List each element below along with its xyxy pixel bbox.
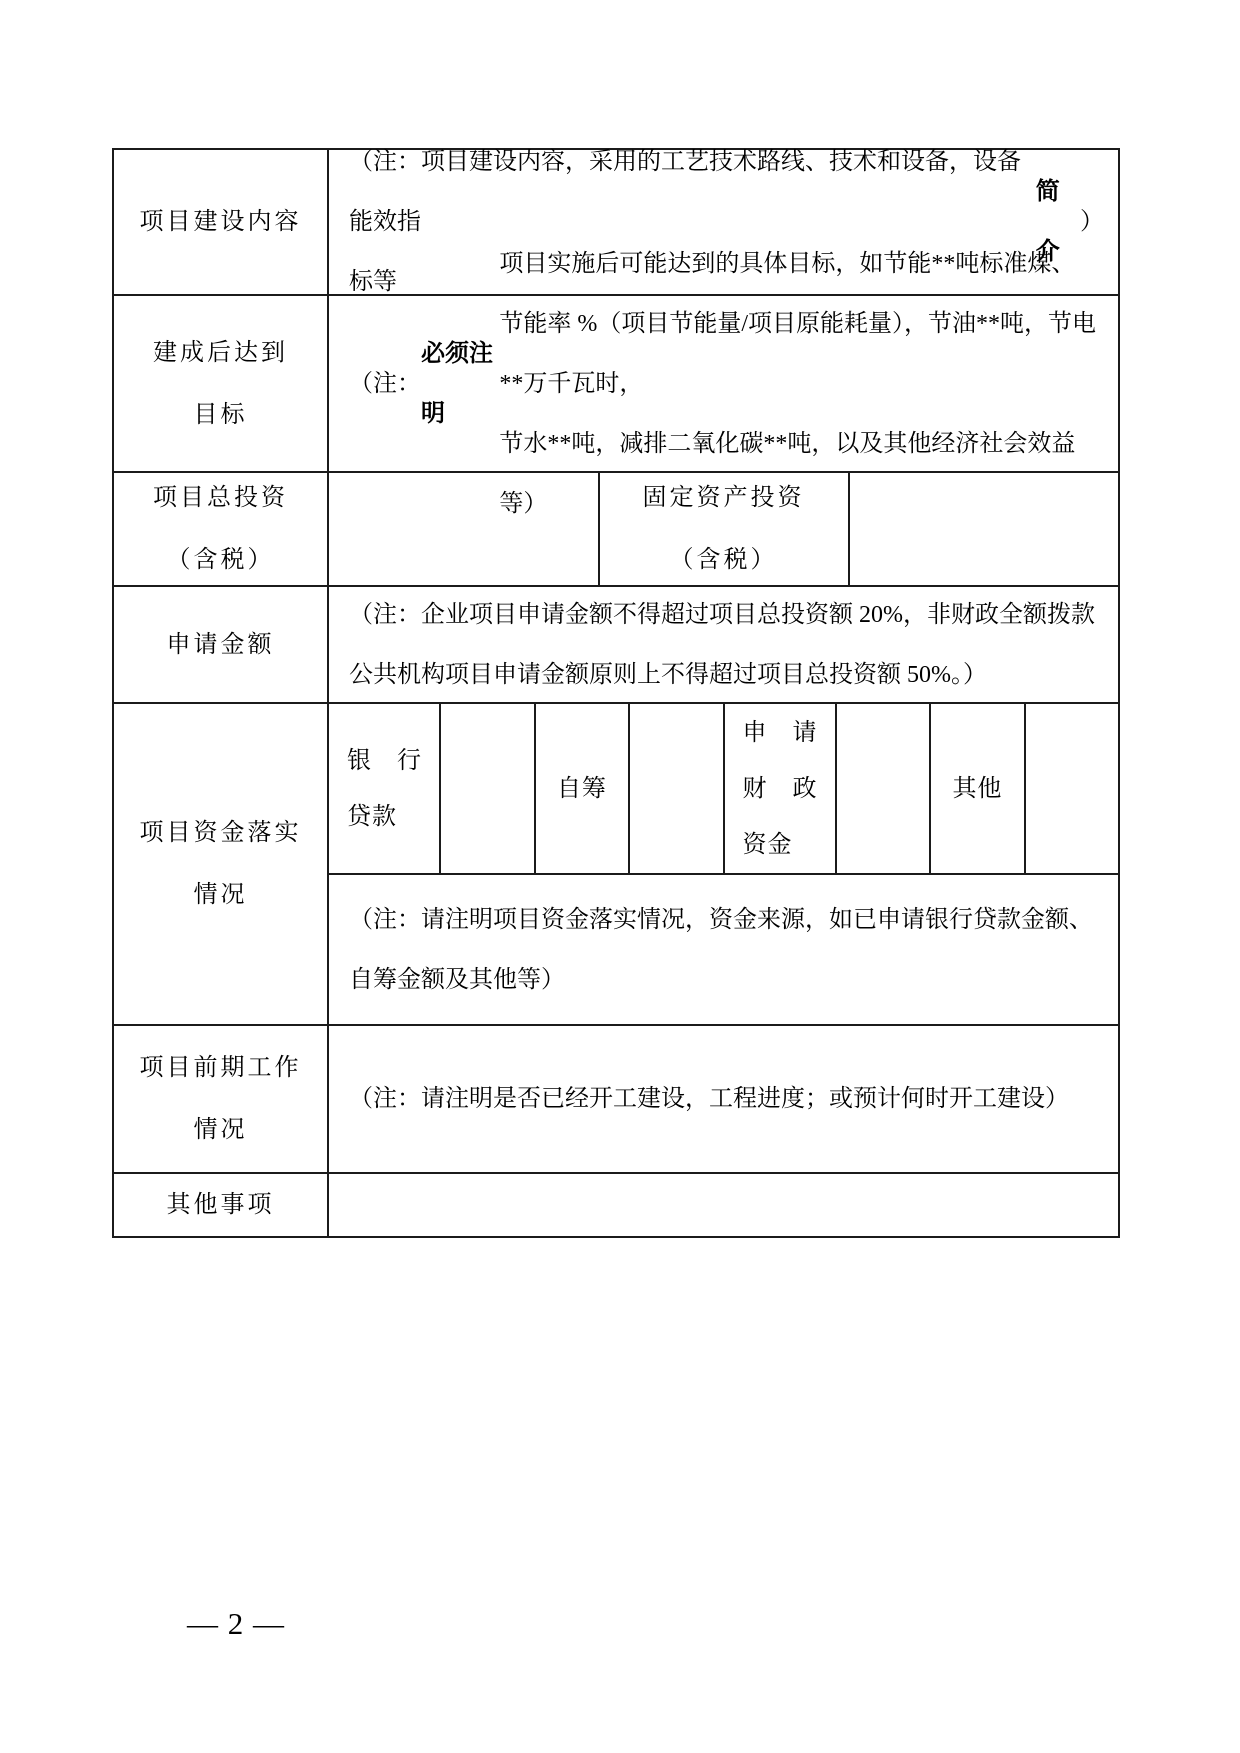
application-form-table: 项目建设内容 （注：项目建设内容，采用的工艺技术路线、技术和设备，设备能效指 标…: [112, 148, 1120, 1238]
row-funding-implementation: 项目资金落实 情况 银 行 贷款 自筹 申 请 财 政 资金 其他 （注：请注明…: [114, 702, 1118, 1024]
funding-implementation-content: 银 行 贷款 自筹 申 请 财 政 资金 其他 （注：请注明项目资金落实情况，资…: [329, 704, 1118, 1024]
total-investment-label: 项目总投资 （含税）: [114, 473, 329, 585]
note-bold-text: 必须注明: [421, 324, 499, 444]
note-text: （注：: [349, 354, 421, 414]
goals-after-completion-label: 建成后达到 目标: [114, 296, 329, 471]
row-preliminary-work: 项目前期工作 情况 （注：请注明是否已经开工建设，工程进度；或预计何时开工建设）: [114, 1024, 1118, 1172]
applied-fiscal-funds-label: 申 请 财 政 资金: [725, 704, 837, 873]
funding-sources-grid: 银 行 贷款 自筹 申 请 财 政 资金 其他: [329, 704, 1118, 875]
bank-loan-value-cell: [441, 704, 535, 873]
row-other-matters: 其他事项: [114, 1172, 1118, 1236]
applied-fiscal-funds-value-cell: [837, 704, 931, 873]
preliminary-work-label: 项目前期工作 情况: [114, 1026, 329, 1172]
other-matters-label: 其他事项: [114, 1174, 329, 1236]
self-raised-value-cell: [630, 704, 724, 873]
funding-implementation-note: （注：请注明项目资金落实情况，资金来源，如已申请银行贷款金额、 自筹金额及其他等…: [329, 875, 1118, 1024]
row-application-amount: 申请金额 （注：企业项目申请金额不得超过项目总投资额 20%，非财政全额拨款 公…: [114, 585, 1118, 702]
bank-loan-label: 银 行 贷款: [329, 704, 441, 873]
page-number: — 2 —: [178, 1606, 294, 1642]
fixed-asset-investment-value-cell: [850, 473, 1119, 585]
row-goals-after-completion: 建成后达到 目标 （注：必须注明项目实施后可能达到的具体目标，如节能**吨标准煤…: [114, 294, 1118, 471]
fixed-asset-investment-label: 固定资产投资 （含税）: [600, 473, 850, 585]
project-construction-content-label: 项目建设内容: [114, 150, 329, 294]
self-raised-label: 自筹: [536, 704, 630, 873]
preliminary-work-note: （注：请注明是否已经开工建设，工程进度；或预计何时开工建设）: [329, 1026, 1118, 1172]
application-amount-note: （注：企业项目申请金额不得超过项目总投资额 20%，非财政全额拨款 公共机构项目…: [329, 587, 1118, 702]
other-funds-value-cell: [1026, 704, 1118, 873]
goals-after-completion-note: （注：必须注明项目实施后可能达到的具体目标，如节能**吨标准煤、 节能率 %（项…: [329, 296, 1118, 471]
other-matters-value-cell: [329, 1174, 1118, 1236]
application-amount-label: 申请金额: [114, 587, 329, 702]
other-funds-label: 其他: [931, 704, 1025, 873]
document-page: 项目建设内容 （注：项目建设内容，采用的工艺技术路线、技术和设备，设备能效指 标…: [0, 0, 1240, 1753]
row-total-investment: 项目总投资 （含税） 固定资产投资 （含税）: [114, 471, 1118, 585]
funding-implementation-label: 项目资金落实 情况: [114, 704, 329, 1024]
total-investment-value-cell: [329, 473, 600, 585]
